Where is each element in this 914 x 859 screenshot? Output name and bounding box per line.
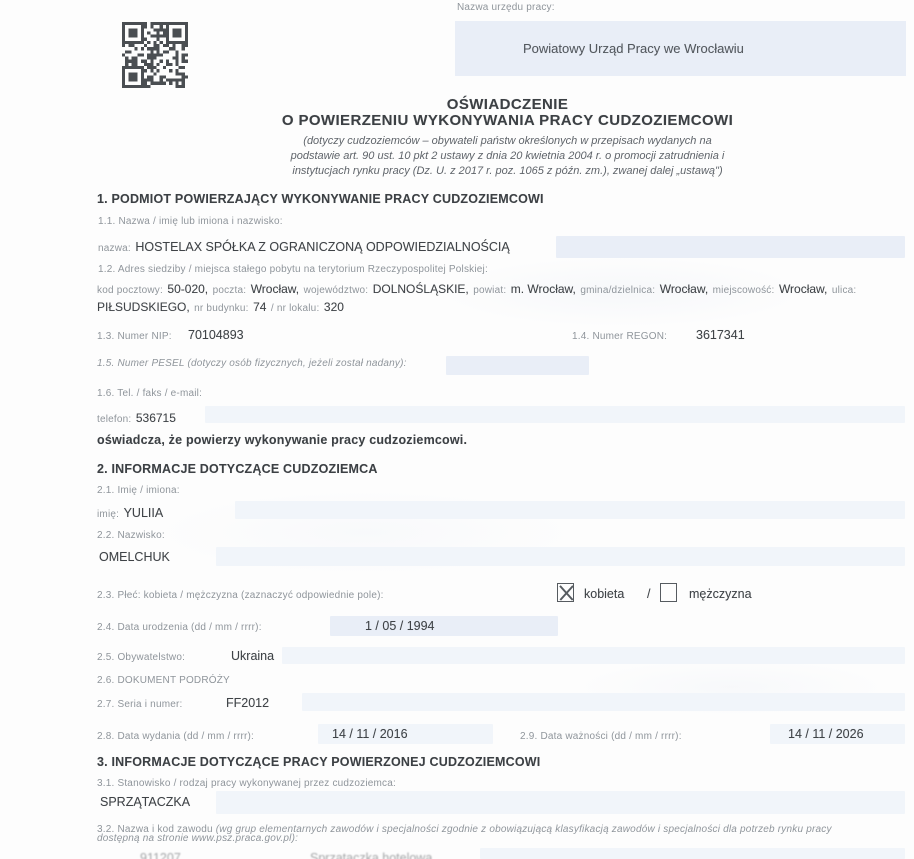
checkbox-mezczyzna[interactable] bbox=[660, 583, 677, 602]
declaration-statement: oświadcza, że powierzy wykonywanie pracy… bbox=[97, 433, 467, 447]
office-name-label: Nazwa urzędu pracy: bbox=[457, 2, 555, 13]
address-label: ulica: bbox=[832, 285, 857, 296]
qr-code-icon bbox=[122, 22, 188, 88]
field-highlight-company-name[interactable] bbox=[556, 236, 905, 258]
field-2-5-label: 2.5. Obywatelstwo: bbox=[97, 652, 185, 663]
section3-heading: 3. INFORMACJE DOTYCZĄCE PRACY POWIERZONE… bbox=[97, 755, 540, 769]
field-2-6-label: 2.6. DOKUMENT PODRÓŻY bbox=[97, 675, 230, 686]
field-highlight-surname[interactable] bbox=[216, 547, 905, 566]
postal-code-value: 50-020, bbox=[167, 282, 208, 296]
regon-value: 3617341 bbox=[696, 328, 745, 342]
field-1-3-label: 1.3. Numer NIP: bbox=[97, 331, 172, 342]
document-subtitle-line2: podstawie art. 90 ust. 10 pkt 2 ustawy z… bbox=[100, 150, 914, 162]
field-2-1-label: 2.1. Imię / imiona: bbox=[97, 485, 180, 496]
phone-prefix-label: telefon: bbox=[97, 414, 131, 425]
office-name-value: Powiatowy Urząd Pracy we Wrocławiu bbox=[523, 41, 744, 56]
first-name-value: YULIIA bbox=[124, 506, 164, 520]
address-label: gmina/dzielnica: bbox=[580, 285, 655, 296]
section1-heading: 1. PODMIOT POWIERZAJĄCY WYKONYWANIE PRAC… bbox=[97, 192, 544, 206]
field-2-7-label: 2.7. Seria i numer: bbox=[97, 699, 183, 710]
sex-options-separator: / bbox=[647, 587, 650, 601]
document-title-line1: OŚWIADCZENIE bbox=[100, 96, 914, 113]
company-address: kod pocztowy: 50-020, poczta: Wrocław, w… bbox=[97, 281, 910, 317]
sex-option-female-label: kobieta bbox=[584, 587, 624, 601]
field-highlight-phone[interactable] bbox=[205, 406, 905, 423]
issue-date-value: 14 / 11 / 2016 bbox=[332, 727, 408, 741]
passport-number-value: FF2012 bbox=[226, 696, 269, 710]
field-highlight-citizenship[interactable] bbox=[282, 647, 905, 664]
occupation-name-value-partial: Sprzątaczka hotelowa bbox=[310, 851, 432, 859]
address-label: nr budynku: bbox=[194, 303, 248, 314]
checkbox-kobieta[interactable] bbox=[557, 583, 574, 602]
section2-heading: 2. INFORMACJE DOTYCZĄCE CUDZOZIEMCA bbox=[97, 462, 378, 476]
address-label: / nr lokalu: bbox=[271, 303, 320, 314]
field-2-9-label: 2.9. Data ważności (dd / mm / rrrr): bbox=[520, 731, 682, 742]
field-highlight-first-name[interactable] bbox=[235, 501, 905, 519]
street-value: PIŁSUDSKIEGO, bbox=[97, 300, 190, 314]
field-highlight-passport-number[interactable] bbox=[302, 693, 905, 711]
address-label: województwo: bbox=[304, 285, 369, 296]
building-number-value: 74 bbox=[253, 300, 266, 314]
city-value: Wrocław, bbox=[779, 282, 827, 296]
address-label: miejscowość: bbox=[713, 285, 775, 296]
field-3-2-label-italic: (wg grup elementarnych zawodów i specjal… bbox=[216, 824, 832, 835]
field-2-8-label: 2.8. Data wydania (dd / mm / rrrr): bbox=[97, 731, 254, 742]
nip-value: 70104893 bbox=[188, 328, 244, 342]
field-1-1-prefix: nazwa: bbox=[98, 243, 131, 254]
field-highlight-occupation-name[interactable] bbox=[480, 848, 905, 859]
first-name-prefix: imię: bbox=[97, 509, 119, 520]
field-1-4-label: 1.4. Numer REGON: bbox=[572, 331, 667, 342]
position-value: SPRZĄTACZKA bbox=[100, 795, 190, 809]
expiry-date-value: 14 / 11 / 2026 bbox=[788, 727, 864, 741]
field-2-2-label: 2.2. Nazwisko: bbox=[97, 530, 165, 541]
occupation-code-value-partial: 911207 bbox=[140, 851, 181, 859]
document-subtitle-line1: (dotyczy cudzoziemców – obywateli państw… bbox=[100, 135, 914, 147]
commune-value: Wrocław, bbox=[660, 282, 708, 296]
field-3-1-label: 3.1. Stanowisko / rodzaj pracy wykonywan… bbox=[97, 778, 396, 789]
apartment-number-value: 320 bbox=[324, 300, 344, 314]
document-subtitle-line3: instytucjach rynku pracy (Dz. U. z 2017 … bbox=[100, 165, 914, 177]
document-title-line2: O POWIERZENIU WYKONYWANIA PRACY CUDZOZIE… bbox=[100, 112, 914, 129]
citizenship-value: Ukraina bbox=[231, 649, 274, 663]
field-2-4-label: 2.4. Data urodzenia (dd / mm / rrrr): bbox=[97, 622, 262, 633]
field-1-6-label: 1.6. Tel. / faks / e-mail: bbox=[97, 388, 202, 399]
field-1-5-label: 1.5. Numer PESEL (dotyczy osób fizycznyc… bbox=[97, 358, 407, 369]
field-highlight-pesel[interactable] bbox=[446, 356, 589, 375]
county-value: m. Wrocław, bbox=[511, 282, 576, 296]
voivodeship-value: DOLNOŚLĄSKIE, bbox=[373, 282, 469, 296]
company-name-value: HOSTELAX SPÓŁKA Z OGRANICZONĄ ODPOWIEDZI… bbox=[135, 240, 509, 254]
field-1-1-label: 1.1. Nazwa / imię lub imiona i nazwisko: bbox=[98, 216, 283, 227]
field-3-2-label-italic-line2: dostępną na stronie www.psz.praca.gov.pl… bbox=[97, 833, 298, 844]
declaration-document-page: Nazwa urzędu pracy: Powiatowy Urząd Prac… bbox=[0, 0, 914, 859]
sex-option-male-label: mężczyzna bbox=[689, 587, 752, 601]
address-label: powiat: bbox=[473, 285, 506, 296]
phone-value: 536715 bbox=[136, 411, 176, 425]
address-label: poczta: bbox=[213, 285, 247, 296]
surname-value: OMELCHUK bbox=[99, 550, 170, 564]
field-highlight-position[interactable] bbox=[216, 791, 905, 814]
field-1-2-label: 1.2. Adres siedziby / miejsca stałego po… bbox=[98, 264, 488, 275]
address-label: kod pocztowy: bbox=[97, 285, 163, 296]
office-name-field[interactable]: Powiatowy Urząd Pracy we Wrocławiu bbox=[455, 21, 906, 76]
birth-date-value: 1 / 05 / 1994 bbox=[365, 619, 435, 633]
field-2-3-label: 2.3. Płeć: kobieta / mężczyzna (zaznaczy… bbox=[97, 590, 384, 601]
post-value: Wrocław, bbox=[251, 282, 299, 296]
